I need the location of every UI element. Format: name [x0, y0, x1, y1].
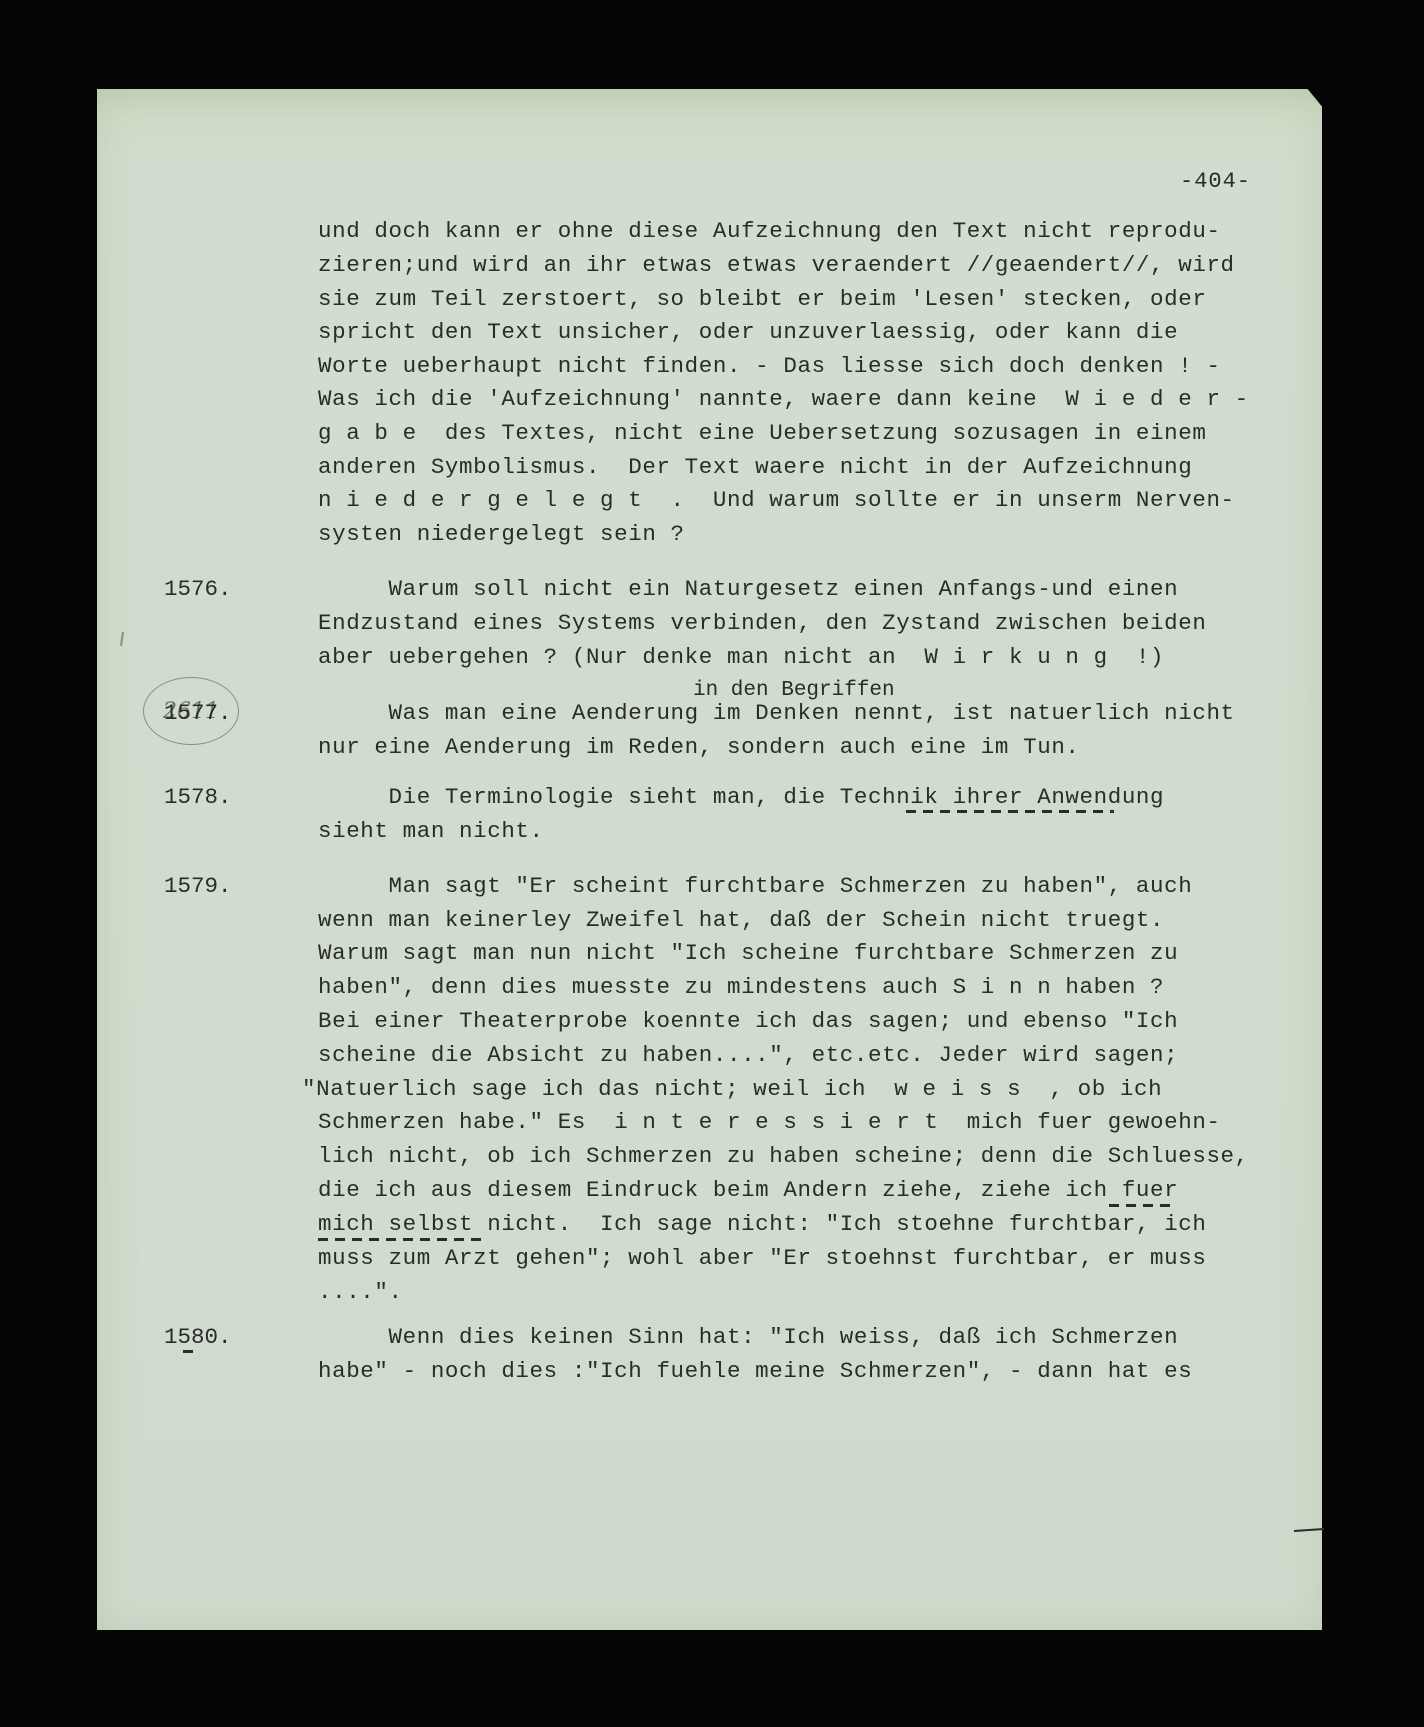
- margin-tick-mark: [120, 632, 124, 646]
- text-line: Man sagt "Er scheint furchtbare Schmerze…: [318, 875, 1192, 898]
- text-line: Endzustand eines Systems verbinden, den …: [318, 612, 1206, 635]
- text-line: Schmerzen habe." Es i n t e r e s s i e …: [318, 1111, 1221, 1134]
- text-line: habe" - noch dies :"Ich fuehle meine Sch…: [318, 1360, 1192, 1383]
- text-line: spricht den Text unsicher, oder unzuverl…: [318, 321, 1178, 344]
- text-line: mich selbst nicht. Ich sage nicht: "Ich …: [318, 1213, 1206, 1236]
- text-line: muss zum Arzt gehen"; wohl aber "Er stoe…: [318, 1247, 1206, 1270]
- dashed-underline: [1109, 1204, 1171, 1207]
- text-line: sie zum Teil zerstoert, so bleibt er bei…: [318, 288, 1206, 311]
- handwritten-underline: [183, 1350, 195, 1353]
- folded-corner: [1306, 87, 1324, 109]
- text-line: zieren;und wird an ihr etwas etwas verae…: [318, 254, 1235, 277]
- text-line: und doch kann er ohne diese Aufzeichnung…: [318, 220, 1221, 243]
- text-line: Warum sagt man nun nicht "Ich scheine fu…: [318, 942, 1178, 965]
- remark-number: 1576.: [164, 578, 232, 601]
- text-line: Warum soll nicht ein Naturgesetz einen A…: [318, 578, 1178, 601]
- text-line: Wenn dies keinen Sinn hat: "Ich weiss, d…: [318, 1326, 1178, 1349]
- text-line: sieht man nicht.: [318, 820, 544, 843]
- text-line: haben", denn dies muesste zu mindestens …: [318, 976, 1164, 999]
- text-line: n i e d e r g e l e g t . Und warum soll…: [318, 489, 1235, 512]
- remark-number: 1580.: [164, 1326, 232, 1349]
- text-line: Die Terminologie sieht man, die Technik …: [318, 786, 1164, 809]
- text-line: wenn man keinerley Zweifel hat, daß der …: [318, 909, 1164, 932]
- dashed-underline: [318, 1238, 483, 1241]
- text-line: ....".: [318, 1281, 403, 1304]
- remark-number: 1579.: [164, 875, 232, 898]
- page-number: -404-: [1180, 169, 1251, 194]
- text-line: Worte ueberhaupt nicht finden. - Das lie…: [318, 355, 1221, 378]
- text-line: "Natuerlich sage ich das nicht; weil ich…: [302, 1078, 1162, 1101]
- text-line: Was man eine Aenderung im Denken nennt, …: [318, 702, 1235, 725]
- text-line: die ich aus diesem Eindruck beim Andern …: [318, 1179, 1178, 1202]
- remark-number: 1577.: [164, 702, 232, 725]
- dashed-underline: [906, 810, 1114, 813]
- text-line: anderen Symbolismus. Der Text waere nich…: [318, 456, 1192, 479]
- text-line: Bei einer Theaterprobe koennte ich das s…: [318, 1010, 1178, 1033]
- pen-mark: [1294, 1528, 1324, 1532]
- text-line: nur eine Aenderung im Reden, sondern auc…: [318, 736, 1080, 759]
- text-line: g a b e des Textes, nicht eine Uebersetz…: [318, 422, 1206, 445]
- text-line: systen niedergelegt sein ?: [318, 523, 685, 546]
- text-line: scheine die Absicht zu haben....", etc.e…: [318, 1044, 1178, 1067]
- text-line: lich nicht, ob ich Schmerzen zu haben sc…: [318, 1145, 1249, 1168]
- handwritten-insertion: in den Begriffen: [693, 680, 895, 701]
- text-line: Was ich die 'Aufzeichnung' nannte, waere…: [318, 388, 1249, 411]
- text-line: aber uebergehen ? (Nur denke man nicht a…: [318, 646, 1164, 669]
- remark-number: 1578.: [164, 786, 232, 809]
- typescript-page: -404- und doch kann er ohne diese Aufzei…: [97, 89, 1322, 1630]
